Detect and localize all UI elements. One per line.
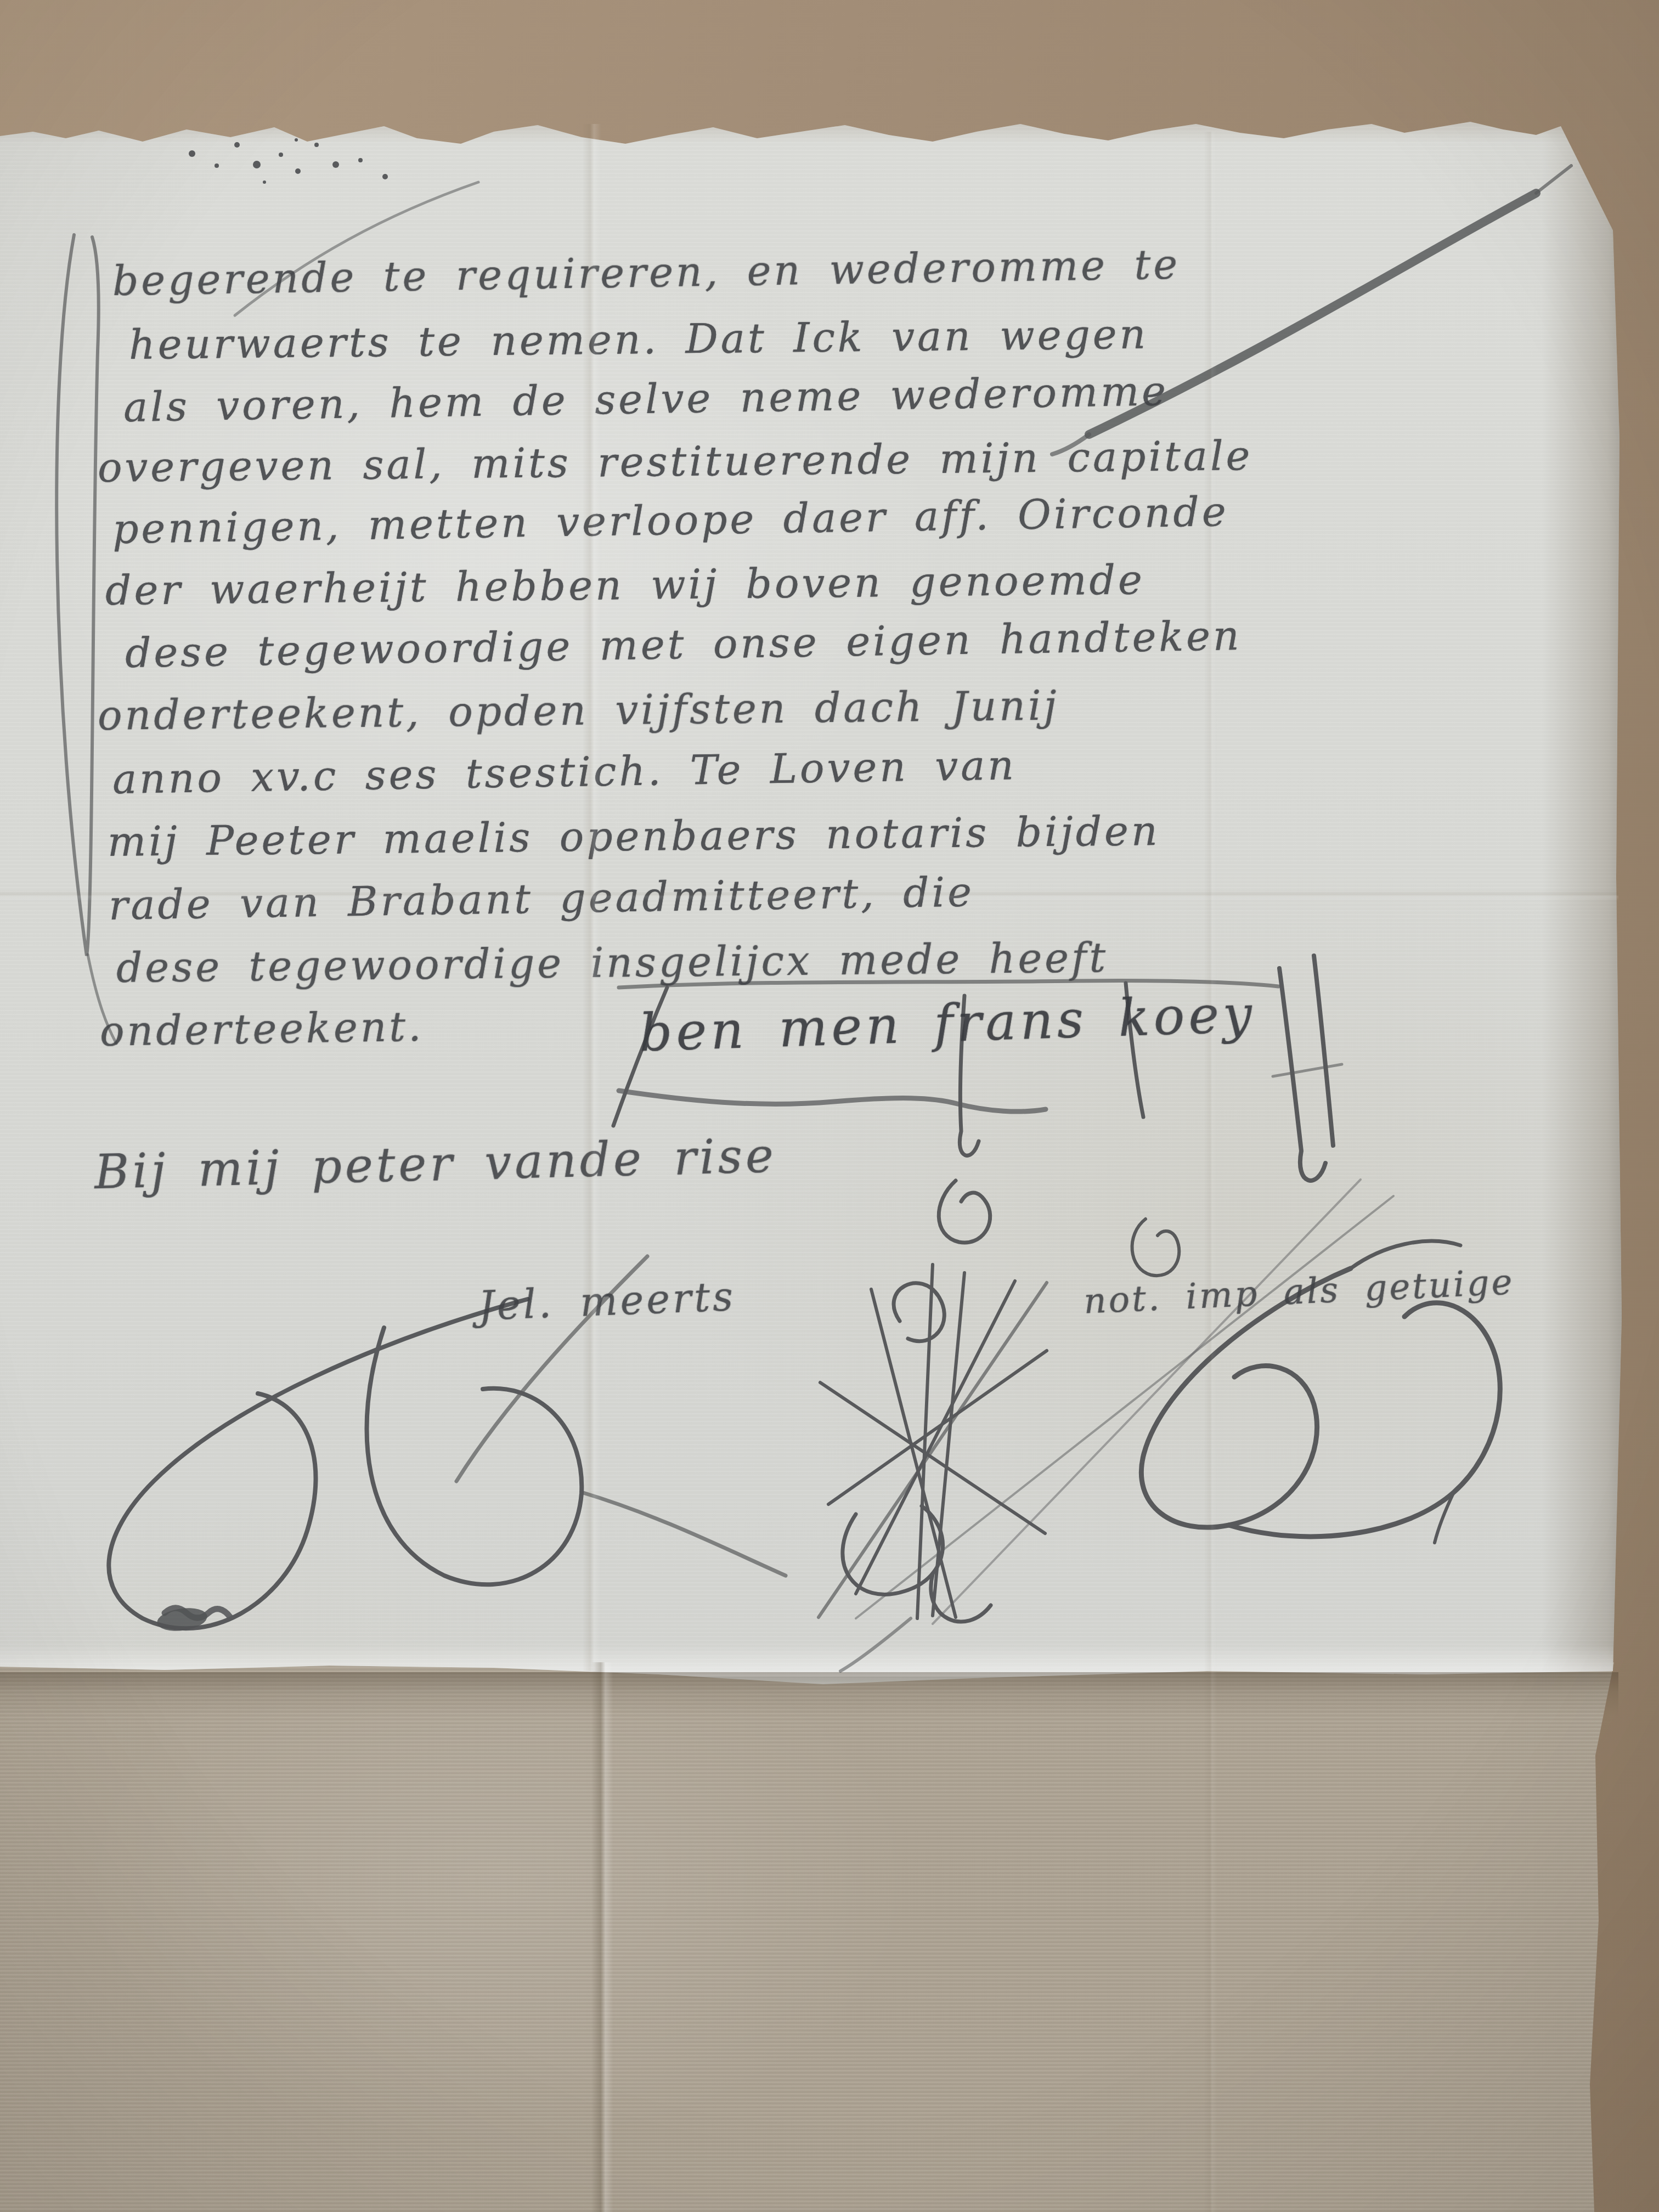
torn-top-edge (0, 118, 1591, 143)
manuscript-photo: begerende te requireren, en wederomme te… (0, 0, 1659, 2212)
fold-junction-shadow (0, 1672, 1618, 1716)
paper-right-edge-shadow (1542, 118, 1624, 1676)
witness-signature-name: Jel. meerts (478, 1273, 737, 1329)
manuscript-line: onderteekent. (99, 1003, 424, 1056)
manuscript-line: onderteekent, opden vijfsten dach Junij (98, 682, 1059, 740)
